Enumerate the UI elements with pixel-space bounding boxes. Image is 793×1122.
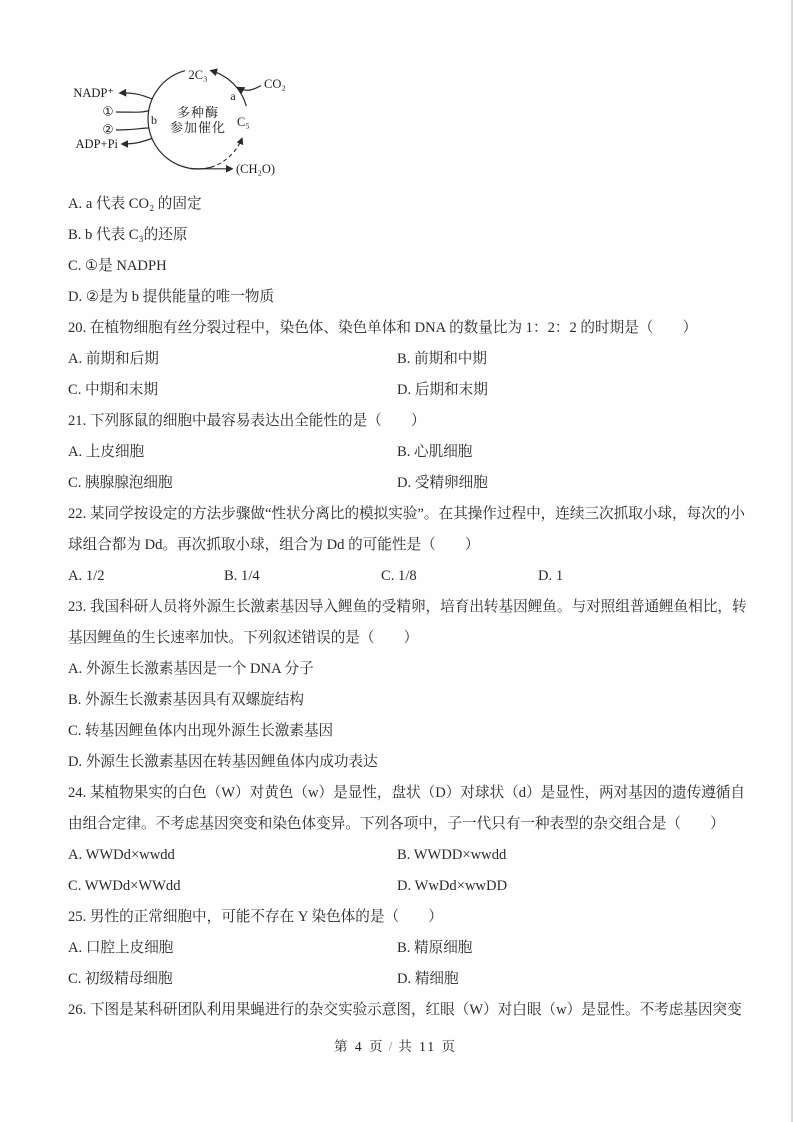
line-input-1 xyxy=(116,111,149,113)
label-a: a xyxy=(230,89,236,103)
q25-option-d: D. 精细胞 xyxy=(397,964,459,995)
q20-option-b: B. 前期和中期 xyxy=(397,344,487,375)
q21-option-c: C. 胰腺腺泡细胞 xyxy=(68,468,173,499)
q19-option-a: A. a 代表 CO₂ 的固定 xyxy=(68,189,740,220)
label-c5: C₅ xyxy=(237,115,250,129)
footer-current-page: 第 4 页 xyxy=(334,1039,385,1054)
q23-option-b: B. 外源生长激素基因具有双螺旋结构 xyxy=(68,685,740,716)
label-circled-2: ② xyxy=(102,123,113,137)
label-circled-1: ① xyxy=(102,105,113,119)
q22-stem-line-2: 球组合都为 Dd。再次抓取小球，组合为 Dd 的可能性是（ ） xyxy=(68,530,740,561)
q21-option-a: A. 上皮细胞 xyxy=(68,437,144,468)
q20-option-c: C. 中期和末期 xyxy=(68,375,158,406)
q23-stem-line-2: 基因鲤鱼的生长速率加快。下列叙述错误的是（ ） xyxy=(68,623,740,654)
q25-option-a: A. 口腔上皮细胞 xyxy=(68,933,173,964)
label-adp-pi: ADP+Pi xyxy=(76,137,119,151)
q24-options-row-2: C. WWDd×WWdd D. WwDd×wwDD xyxy=(68,871,740,902)
q19-option-d: D. ②是为 b 提供能量的唯一物质 xyxy=(68,282,740,313)
q24-option-b: B. WWDD×wwdd xyxy=(397,840,506,871)
footer-total-pages: 共 11 页 xyxy=(398,1039,457,1054)
label-ch2o: (CH₂O) xyxy=(236,162,275,176)
q26-stem-line-1: 26. 下图是某科研团队利用果蝇进行的杂交实验示意图，红眼（W）对白眼（w）是显… xyxy=(68,995,740,1026)
q20-option-a: A. 前期和后期 xyxy=(68,344,159,375)
q21-stem: 21. 下列豚鼠的细胞中最容易表达出全能性的是（ ） xyxy=(68,406,740,437)
q24-option-a: A. WWDd×wwdd xyxy=(68,840,175,871)
label-nadp: NADP⁺ xyxy=(73,86,114,100)
footer-separator: / xyxy=(384,1039,398,1054)
q24-stem-line-2: 由组合定律。不考虑基因突变和染色体变异。下列各项中，子一代只有一种表型的杂交组合… xyxy=(68,809,740,840)
q22-stem-line-1: 22. 某同学按设定的方法步骤做“性状分离比的模拟实验”。在其操作过程中，连续三… xyxy=(68,499,740,530)
q25-options-row-1: A. 口腔上皮细胞 B. 精原细胞 xyxy=(68,933,740,964)
q21-option-d: D. 受精卵细胞 xyxy=(397,468,488,499)
q22-option-a: A. 1/2 xyxy=(68,561,104,592)
q20-option-d: D. 后期和末期 xyxy=(397,375,488,406)
q25-stem: 25. 男性的正常细胞中，可能不存在 Y 染色体的是（ ） xyxy=(68,902,740,933)
q24-options-row-1: A. WWDd×wwdd B. WWDD×wwdd xyxy=(68,840,740,871)
q22-option-c: C. 1/8 xyxy=(381,561,417,592)
q19-option-b: B. b 代表 C₃的还原 xyxy=(68,220,740,251)
q21-option-b: B. 心肌细胞 xyxy=(397,437,472,468)
line-input-2 xyxy=(116,128,149,130)
label-enzyme-line1: 多种酶 xyxy=(177,105,219,120)
q22-option-d: D. 1 xyxy=(538,561,563,592)
q23-stem-line-1: 23. 我国科研人员将外源生长激素基因导入鲤鱼的受精卵，培育出转基因鲤鱼。与对照… xyxy=(68,592,740,623)
page-footer: 第 4 页/共 11 页 xyxy=(0,1036,791,1058)
q20-options-row-1: A. 前期和后期 B. 前期和中期 xyxy=(68,344,740,375)
q24-stem-line-1: 24. 某植物果实的白色（W）对黄色（w）是显性，盘状（D）对球状（d）是显性，… xyxy=(68,778,740,809)
question-content: A. a 代表 CO₂ 的固定 B. b 代表 C₃的还原 C. ①是 NADP… xyxy=(68,189,740,1026)
q23-option-d: D. 外源生长激素基因在转基因鲤鱼体内成功表达 xyxy=(68,747,740,778)
label-b: b xyxy=(151,113,157,127)
q24-option-c: C. WWDd×WWdd xyxy=(68,871,181,902)
q25-option-b: B. 精原细胞 xyxy=(397,933,472,964)
arrow-to-adp-pi xyxy=(122,139,152,145)
q19-option-c: C. ①是 NADPH xyxy=(68,251,740,282)
q23-option-a: A. 外源生长激素基因是一个 DNA 分子 xyxy=(68,654,740,685)
q20-options-row-2: C. 中期和末期 D. 后期和末期 xyxy=(68,375,740,406)
q20-stem: 20. 在植物细胞有丝分裂过程中，染色体、染色单体和 DNA 的数量比为 1：2… xyxy=(68,313,740,344)
label-co2: CO₂ xyxy=(264,77,286,91)
document-page: 2C₃ CO₂ a b NADP⁺ ① ② ADP+Pi C₅ 多种酶 参加催化… xyxy=(0,0,793,1122)
q21-options-row-1: A. 上皮细胞 B. 心肌细胞 xyxy=(68,437,740,468)
q24-option-d: D. WwDd×wwDD xyxy=(397,871,507,902)
calvin-cycle-svg: 2C₃ CO₂ a b NADP⁺ ① ② ADP+Pi C₅ 多种酶 参加催化… xyxy=(55,42,335,184)
q25-options-row-2: C. 初级精母细胞 D. 精细胞 xyxy=(68,964,740,995)
q21-options-row-2: C. 胰腺腺泡细胞 D. 受精卵细胞 xyxy=(68,468,740,499)
arrow-from-co2 xyxy=(238,86,261,91)
q22-option-b: B. 1/4 xyxy=(224,561,260,592)
q23-option-c: C. 转基因鲤鱼体内出现外源生长激素基因 xyxy=(68,716,740,747)
calvin-cycle-diagram: 2C₃ CO₂ a b NADP⁺ ① ② ADP+Pi C₅ 多种酶 参加催化… xyxy=(55,42,335,184)
arrow-to-nadp xyxy=(120,93,152,99)
label-enzyme-line2: 参加催化 xyxy=(170,120,226,135)
q22-options-row: A. 1/2 B. 1/4 C. 1/8 D. 1 xyxy=(68,561,740,592)
label-2c3: 2C₃ xyxy=(189,68,208,82)
q25-option-c: C. 初级精母细胞 xyxy=(68,964,173,995)
